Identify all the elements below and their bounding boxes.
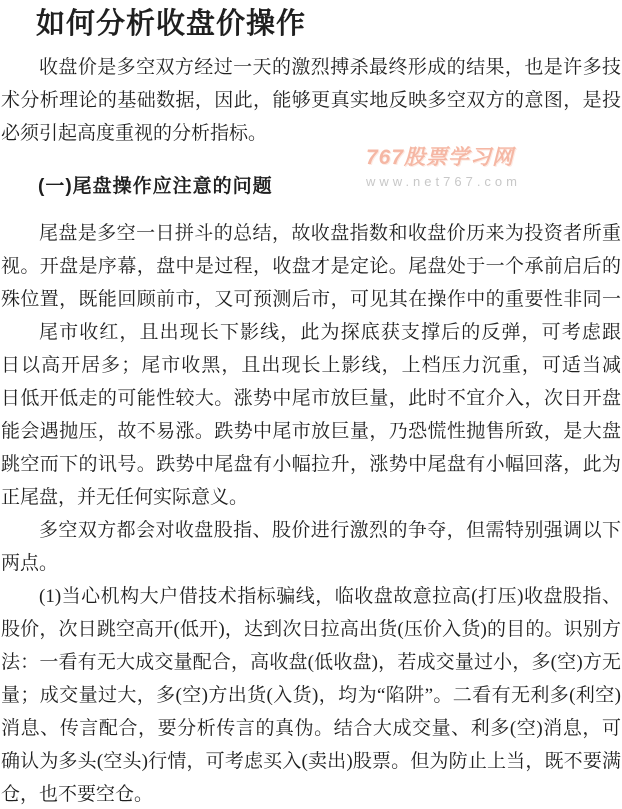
tail-session-signals-paragraph-line: 能会遇抛压，故不易涨。跌势中尾市放巨量，乃恐慌性抛售所致，是大盘将 (0, 415, 622, 448)
point-1-paragraph-line: 股价，次日跳空高开(低开)，达到次日拉高出货(压价入货)的目的。识别方 (0, 613, 622, 646)
tail-session-importance-paragraph-line: 视。开盘是序幕，盘中是过程，收盘才是定论。尾盘处于一个承前启后的特 (0, 250, 622, 283)
two-points-intro-paragraph-line: 两点。 (0, 547, 622, 580)
point-1-paragraph-line: 仓，也不要空仓。 (0, 778, 622, 809)
intro-paragraph-line: 必须引起高度重视的分析指标。 (0, 117, 622, 150)
tail-session-signals-paragraph-line: 跳空而下的讯号。跌势中尾盘有小幅拉升，涨势中尾盘有小幅回落，此为修 (0, 448, 622, 481)
point-1-paragraph-line: 法：一看有无大成交量配合，高收盘(低收盘)，若成交量过小，多(空)方无力 (0, 646, 622, 679)
point-1-paragraph-line: 消息、传言配合，要分析传言的真伪。结合大成交量、利多(空)消息，可初步 (0, 712, 622, 745)
two-points-intro-paragraph-line: 多空双方都会对收盘股指、股价进行激烈的争夺，但需特别强调以下 (0, 514, 622, 547)
tail-session-signals-paragraph-line: 日低开低走的可能性较大。涨势中尾市放巨量，此时不宜介入，次日开盘可 (0, 382, 622, 415)
point-1-paragraph-line: 量；成交量过大，多(空)方出货(入货)，均为“陷阱”。二看有无利多(利空) (0, 679, 622, 712)
point-1-paragraph-line: (1)当心机构大户借技术指标骗线，临收盘故意拉高(打压)收盘股指、 (0, 580, 622, 613)
tail-session-signals-paragraph-line: 日以高开居多；尾市收黑，且出现长上影线，上档压力沉重，可适当减磅，次 (0, 349, 622, 382)
intro-paragraph-line: 术分析理论的基础数据，因此，能够更真实地反映多空双方的意图，是投资 (0, 84, 622, 117)
intro-paragraph-line: 收盘价是多空双方经过一天的激烈搏杀最终形成的结果，也是许多技 (0, 51, 622, 84)
document-page: 如何分析收盘价操作 收盘价是多空双方经过一天的激烈搏杀最终形成的结果，也是许多技… (0, 0, 622, 809)
section-1-heading: (一)尾盘操作应注意的问题 (0, 170, 622, 203)
tail-session-importance-paragraph-line: 尾盘是多空一日拼斗的总结，故收盘指数和收盘价历来为投资者所重 (0, 217, 622, 250)
tail-session-signals-paragraph-line: 正尾盘，并无任何实际意义。 (0, 481, 622, 514)
tail-session-signals-paragraph-line: 尾市收红，且出现长下影线，此为探底获支撑后的反弹，可考虑跟进，次 (0, 316, 622, 349)
tail-session-importance-paragraph-line: 殊位置，既能回顾前市，又可预测后市，可见其在操作中的重要性非同一般。 (0, 283, 622, 316)
document-body: 收盘价是多空双方经过一天的激烈搏杀最终形成的结果，也是许多技术分析理论的基础数据… (0, 51, 622, 809)
point-1-paragraph-line: 确认为多头(空头)行情，可考虑买入(卖出)股票。但为防止上当，既不要满 (0, 745, 622, 778)
page-title: 如何分析收盘价操作 (36, 5, 622, 43)
